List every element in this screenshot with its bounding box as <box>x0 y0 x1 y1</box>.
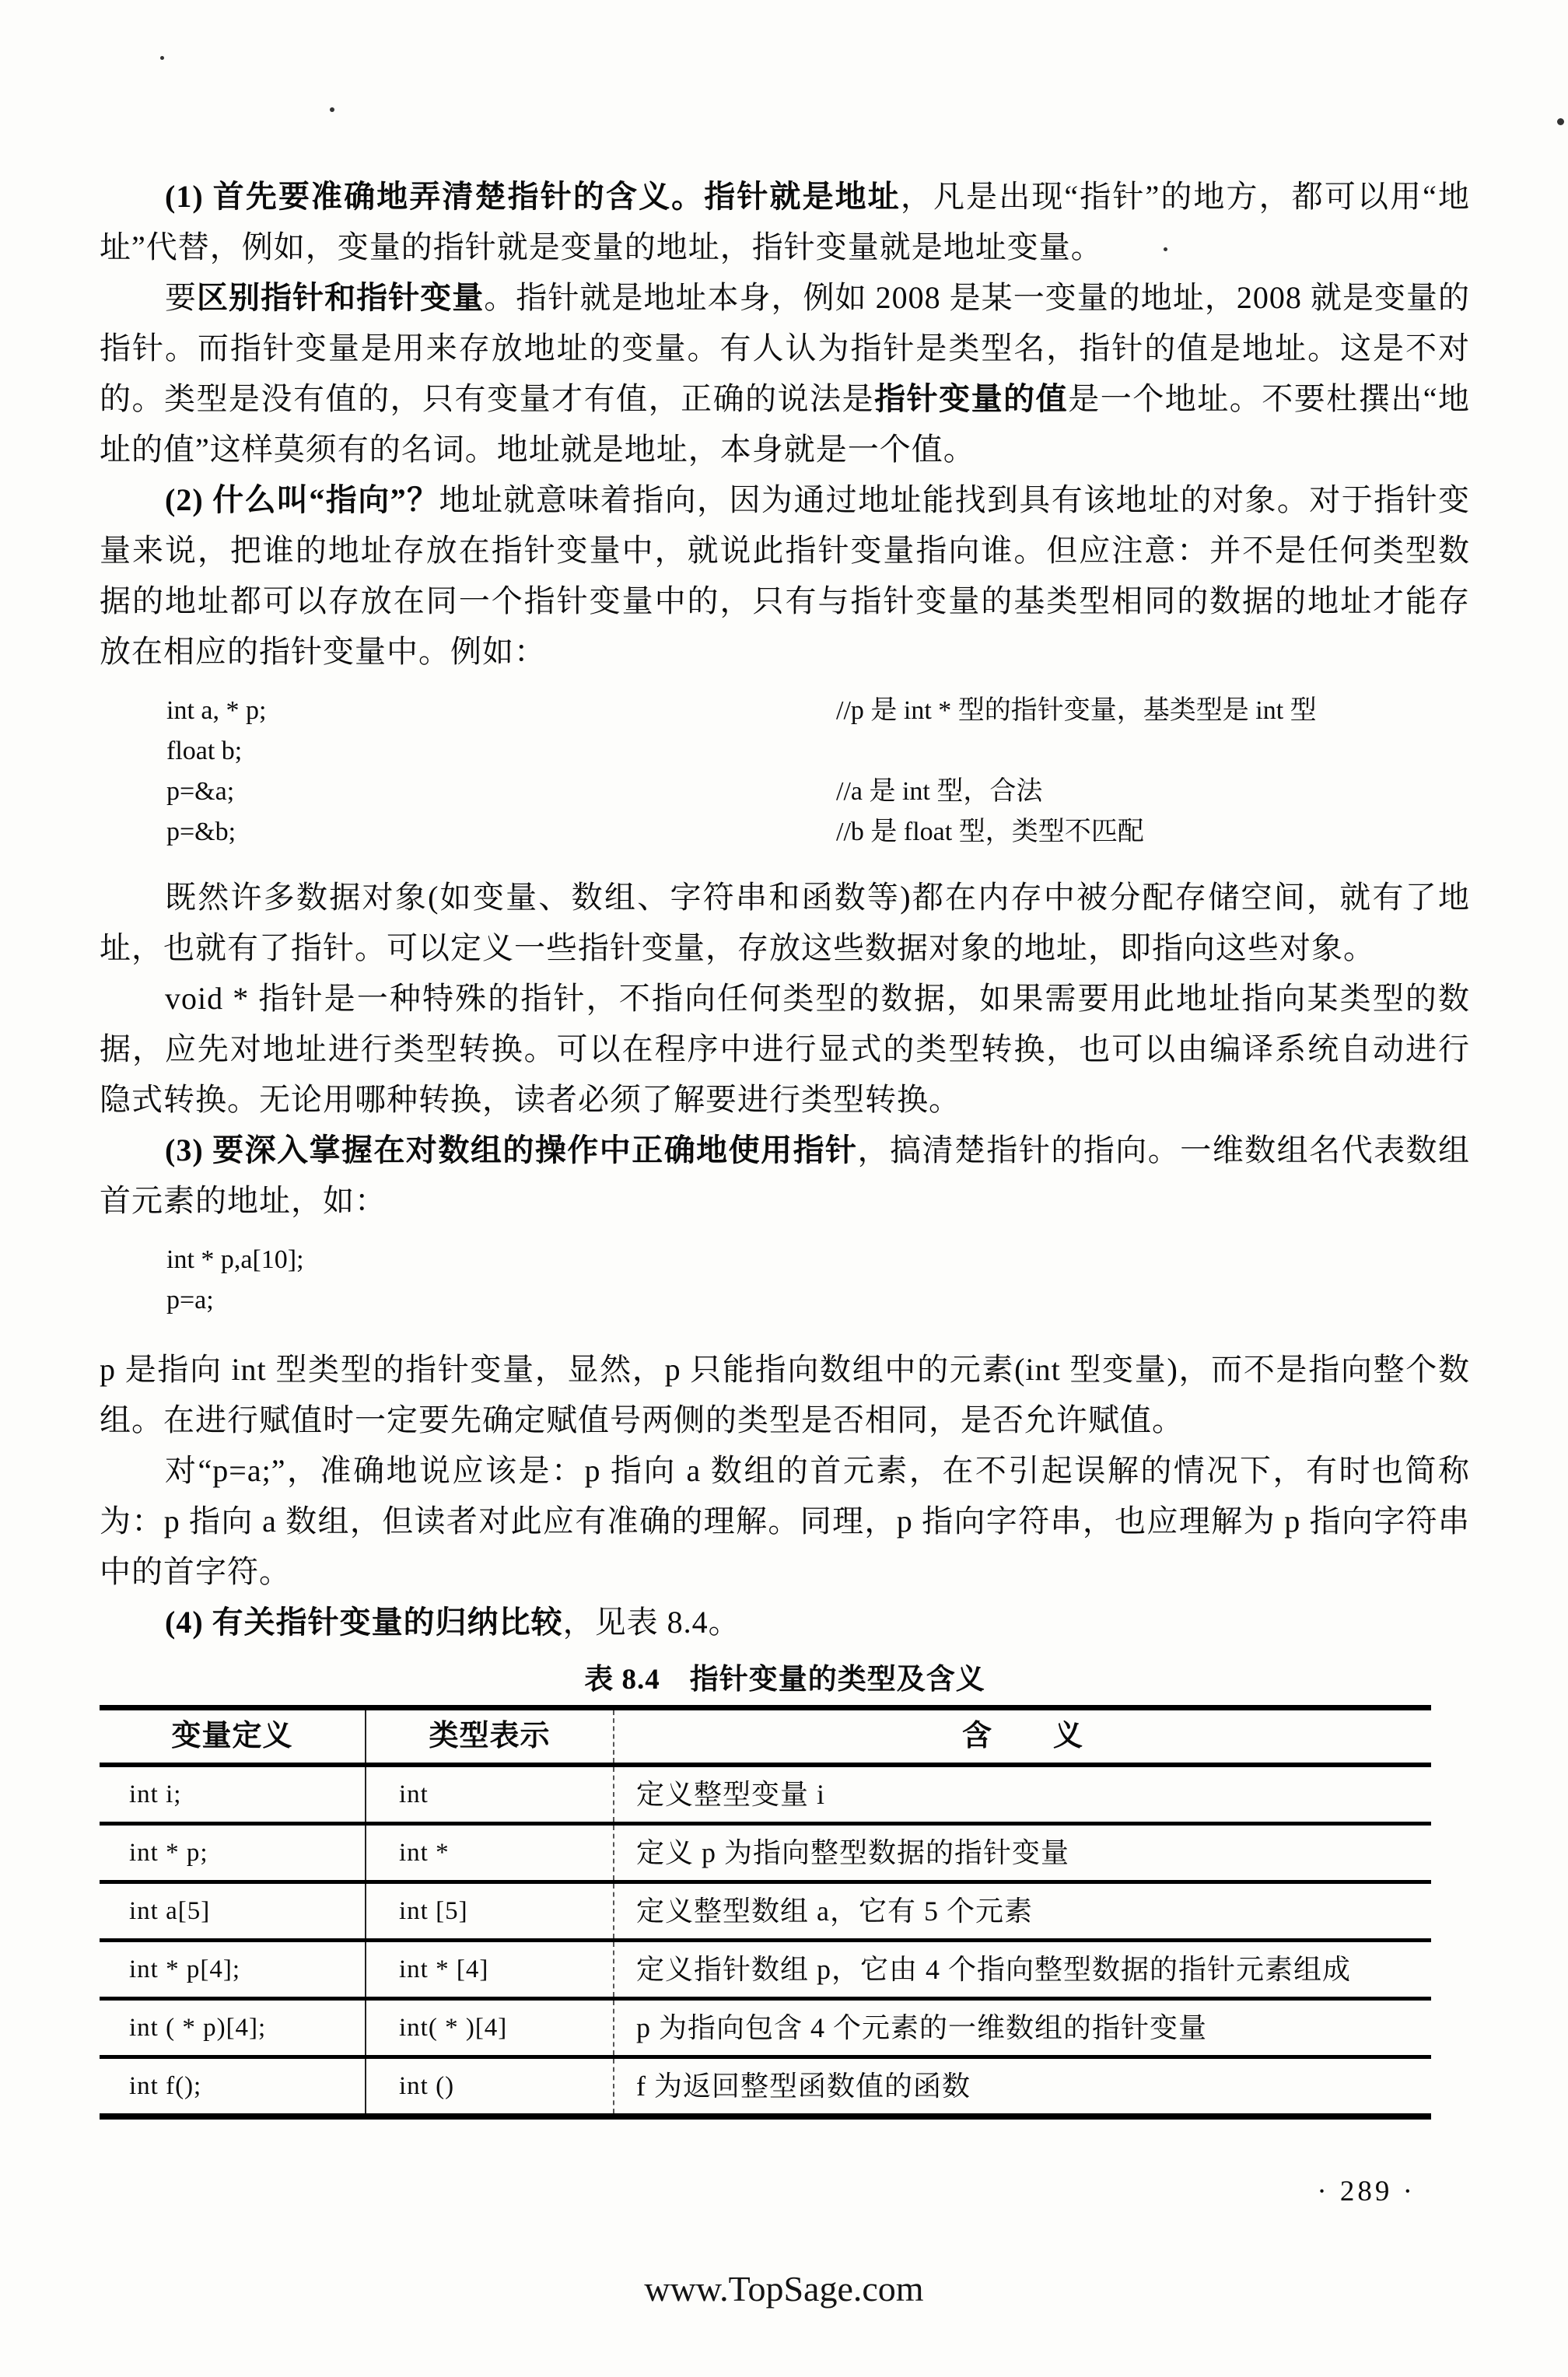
cell-type-notation: int * <box>366 1824 614 1882</box>
paragraph-6: (3) 要深入掌握在对数组的操作中正确地使用指针，搞清楚指针的指向。一维数组名代… <box>100 1125 1470 1226</box>
cell-meaning: 定义整型变量 i <box>614 1765 1431 1824</box>
book-page: (1) 首先要准确地弄清楚指针的含义。指针就是地址，凡是出现“指针”的地方，都可… <box>0 0 1568 2377</box>
code-comment: //b 是 float 型，类型不匹配 <box>836 812 1144 852</box>
text-run: 既然许多数据对象(如变量、数组、字符串和函数等)都在内存中被分配存储空间，就有了… <box>100 880 1470 965</box>
bold-run: (1) 首先要准确地弄清楚指针的含义。指针就是地址 <box>165 179 901 214</box>
cell-type-notation: int () <box>366 2057 614 2117</box>
code-text: p=&a; <box>166 772 234 812</box>
cell-type-notation: int [5] <box>366 1882 614 1941</box>
text-run: 要 <box>165 280 197 315</box>
text-run: ，见表 8.4。 <box>563 1605 740 1640</box>
cell-variable-definition: int i; <box>100 1765 366 1824</box>
cell-meaning: 定义指针数组 p，它由 4 个指向整型数据的指针元素组成 <box>614 1941 1431 1999</box>
cell-meaning: f 为返回整型函数值的函数 <box>614 2057 1431 2117</box>
code-line: p=a; <box>166 1280 1470 1321</box>
code-comment: //a 是 int 型，合法 <box>836 772 1042 812</box>
paragraph-9: (4) 有关指针变量的归纳比较，见表 8.4。 <box>100 1597 1470 1647</box>
code-text: p=&b; <box>166 812 236 852</box>
code-text: p=a; <box>166 1280 214 1321</box>
paragraph-2: 要区别指针和指针变量。指针就是地址本身，例如 2008 是某一变量的地址，200… <box>100 272 1470 474</box>
cell-variable-definition: int ( * p)[4]; <box>100 1999 366 2057</box>
table-row: int i; int 定义整型变量 i <box>100 1765 1431 1824</box>
page-number: · 289 · <box>1317 2175 1416 2208</box>
scan-speck <box>1557 118 1564 125</box>
bold-run: (2) 什么叫“指向”？ <box>165 482 439 517</box>
header-cell: 含 义 <box>614 1708 1431 1766</box>
watermark-text: www.TopSage.com <box>0 2268 1568 2309</box>
bold-run: 指针变量的值 <box>874 381 1068 416</box>
table-body: int i; int 定义整型变量 i int * p; int * 定义 p … <box>100 1765 1431 2116</box>
header-cell: 变量定义 <box>100 1708 366 1766</box>
table-row: int f(); int () f 为返回整型函数值的函数 <box>100 2057 1431 2117</box>
code-line: float b; <box>166 731 1470 772</box>
table-row: int ( * p)[4]; int( * )[4] p 为指向包含 4 个元素… <box>100 1999 1431 2057</box>
bold-run: (4) 有关指针变量的归纳比较 <box>165 1605 563 1640</box>
code-text: int * p,a[10]; <box>166 1240 304 1280</box>
table-row: int * p; int * 定义 p 为指向整型数据的指针变量 <box>100 1824 1431 1882</box>
paragraph-3: (2) 什么叫“指向”？地址就意味着指向，因为通过地址能找到具有该地址的对象。对… <box>100 474 1470 677</box>
code-text: float b; <box>166 731 242 772</box>
paragraph-7: p 是指向 int 型类型的指针变量，显然，p 只能指向数组中的元素(int 型… <box>100 1344 1470 1445</box>
paragraph-1: (1) 首先要准确地弄清楚指针的含义。指针就是地址，凡是出现“指针”的地方，都可… <box>100 171 1470 272</box>
cell-type-notation: int <box>366 1765 614 1824</box>
code-line: int * p,a[10]; <box>166 1240 1470 1280</box>
code-line: p=&a;//a 是 int 型，合法 <box>166 772 1470 812</box>
cell-variable-definition: int f(); <box>100 2057 366 2117</box>
code-line: int a, * p;//p 是 int * 型的指针变量，基类型是 int 型 <box>166 691 1470 731</box>
cell-meaning: 定义 p 为指向整型数据的指针变量 <box>614 1824 1431 1882</box>
code-line: p=&b;//b 是 float 型，类型不匹配 <box>166 812 1470 852</box>
bold-run: 区别指针和指针变量 <box>197 280 484 315</box>
cell-meaning: p 为指向包含 4 个元素的一维数组的指针变量 <box>614 1999 1431 2057</box>
code-comment: //p 是 int * 型的指针变量，基类型是 int 型 <box>836 691 1317 731</box>
cell-type-notation: int * [4] <box>366 1941 614 1999</box>
code-block-2: int * p,a[10]; p=a; <box>166 1240 1470 1321</box>
table-row: int a[5] int [5] 定义整型数组 a，它有 5 个元素 <box>100 1882 1431 1941</box>
bold-run: (3) 要深入掌握在对数组的操作中正确地使用指针 <box>165 1132 858 1167</box>
header-cell: 类型表示 <box>366 1708 614 1766</box>
text-run: 对“p=a;”，准确地说应该是：p 指向 a 数组的首元素，在不引起误解的情况下… <box>100 1453 1470 1589</box>
scan-speck <box>160 56 164 60</box>
paragraph-8: 对“p=a;”，准确地说应该是：p 指向 a 数组的首元素，在不引起误解的情况下… <box>100 1445 1470 1597</box>
paragraph-4: 既然许多数据对象(如变量、数组、字符串和函数等)都在内存中被分配存储空间，就有了… <box>100 872 1470 973</box>
code-text: int a, * p; <box>166 691 266 731</box>
table-caption: 表 8.4 指针变量的类型及含义 <box>100 1661 1470 1699</box>
table-header-row: 变量定义 类型表示 含 义 <box>100 1708 1431 1766</box>
code-block-1: int a, * p;//p 是 int * 型的指针变量，基类型是 int 型… <box>166 691 1470 852</box>
cell-variable-definition: int * p[4]; <box>100 1941 366 1999</box>
text-run: void * 指针是一种特殊的指针，不指向任何类型的数据，如果需要用此地址指向某… <box>100 981 1470 1117</box>
cell-type-notation: int( * )[4] <box>366 1999 614 2057</box>
page-body: (1) 首先要准确地弄清楚指针的含义。指针就是地址，凡是出现“指针”的地方，都可… <box>100 171 1470 2120</box>
pointer-types-table: 变量定义 类型表示 含 义 int i; int 定义整型变量 i int * … <box>100 1705 1431 2120</box>
text-run: p 是指向 int 型类型的指针变量，显然，p 只能指向数组中的元素(int 型… <box>100 1352 1470 1437</box>
paragraph-5: void * 指针是一种特殊的指针，不指向任何类型的数据，如果需要用此地址指向某… <box>100 973 1470 1125</box>
scan-speck <box>330 107 334 112</box>
cell-meaning: 定义整型数组 a，它有 5 个元素 <box>614 1882 1431 1941</box>
cell-variable-definition: int a[5] <box>100 1882 366 1941</box>
table-header: 变量定义 类型表示 含 义 <box>100 1708 1431 1766</box>
table-row: int * p[4]; int * [4] 定义指针数组 p，它由 4 个指向整… <box>100 1941 1431 1999</box>
cell-variable-definition: int * p; <box>100 1824 366 1882</box>
